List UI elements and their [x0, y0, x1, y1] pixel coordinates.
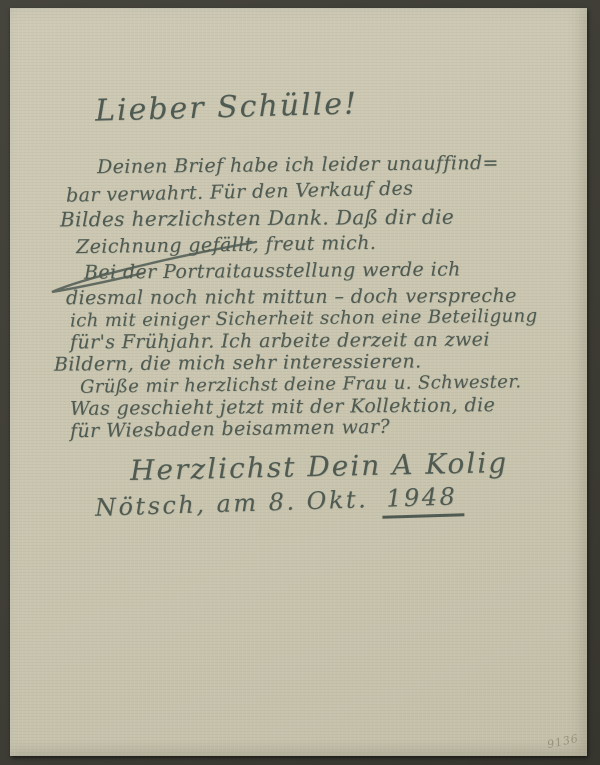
letter-paper: Lieber Schülle! Deinen Brief habe ich le… [10, 8, 587, 756]
letter-line: Deinen Brief habe ich leider unauffind= [97, 152, 499, 178]
letter-line: Bei der Portraitausstellung werde ich [84, 258, 461, 283]
letter-line: Zeichnung gefällt, freut mich. [76, 232, 377, 258]
letter-date-year-underlined: 1948 [382, 482, 464, 519]
letter-line: für's Frühjahr. Ich arbeite derzeit an z… [70, 329, 490, 354]
letter-closing-signature: Herzlichst Dein A Kolig [130, 446, 509, 487]
letter-line: ich mit einiger Sicherheit schon eine Be… [70, 306, 538, 332]
letter-greeting: Lieber Schülle! [95, 86, 359, 128]
letter-line: Was geschieht jetzt mit der Kollektion, … [70, 394, 495, 420]
letter-line: bar verwahrt. Für den Verkauf des [66, 177, 414, 206]
letter-line: für Wiesbaden beisammen war? [70, 416, 390, 442]
scan-background: Lieber Schülle! Deinen Brief habe ich le… [0, 0, 600, 765]
letter-line: Bildes herzlichsten Dank. Daß dir die [60, 205, 454, 232]
letter-dateline: Nötsch, am 8. Okt. 1948 [95, 482, 464, 528]
letter-date-place: Nötsch, am 8. Okt. [95, 485, 369, 522]
letter-line: Bildern, die mich sehr interessieren. [54, 350, 422, 375]
pencil-inventory-note: 9136 [546, 732, 580, 751]
